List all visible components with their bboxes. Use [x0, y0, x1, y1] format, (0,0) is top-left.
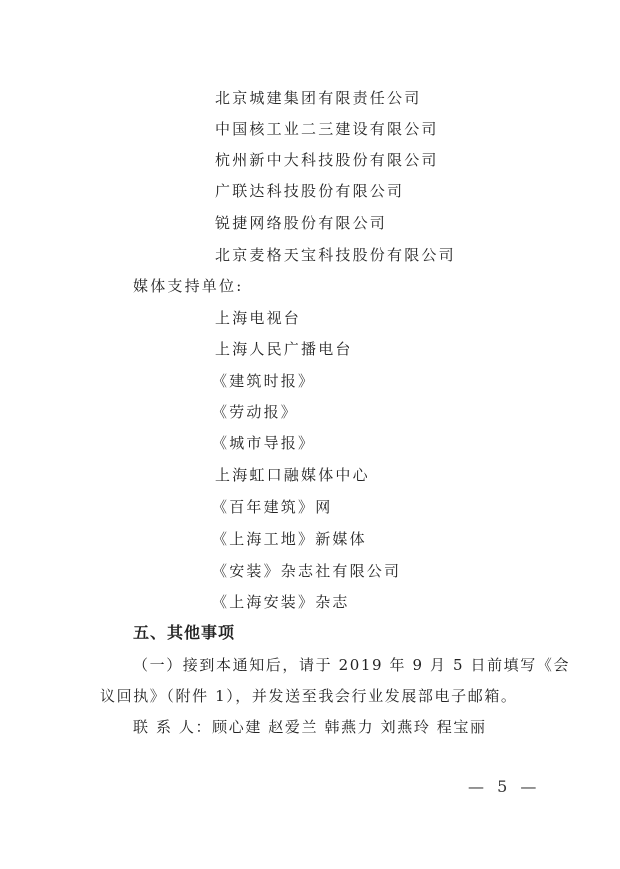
- media-item: 《建筑时报》: [212, 371, 315, 391]
- sponsor-item: 中国核工业二三建设有限公司: [215, 119, 439, 139]
- section-heading: 五、其他事项: [133, 623, 235, 643]
- media-item: 《安装》杂志社有限公司: [212, 561, 401, 581]
- media-item: 《上海工地》新媒体: [212, 529, 367, 549]
- sponsor-item: 杭州新中大科技股份有限公司: [215, 150, 439, 170]
- page-number: — 5 —: [468, 777, 540, 796]
- paragraph-line: 议回执》（附件 1），并发送至我会行业发展部电子邮箱。: [100, 686, 518, 706]
- media-support-heading: 媒体支持单位:: [133, 276, 243, 296]
- paragraph-line: （一）接到本通知后，请于 2019 年 9 月 5 日前填写《会: [133, 655, 570, 675]
- media-item: 上海人民广播电台: [215, 339, 353, 359]
- sponsor-item: 锐捷网络股份有限公司: [215, 213, 387, 233]
- contacts-line: 联 系 人：顾心建 赵爱兰 韩燕力 刘燕玲 程宝丽: [133, 717, 487, 737]
- media-item: 《百年建筑》网: [212, 497, 332, 517]
- media-item: 《城市导报》: [212, 433, 315, 453]
- media-item: 上海电视台: [215, 308, 301, 328]
- media-item: 《上海安装》杂志: [212, 592, 350, 612]
- media-item: 上海虹口融媒体中心: [215, 465, 370, 485]
- sponsor-item: 北京城建集团有限责任公司: [215, 88, 421, 108]
- sponsor-item: 广联达科技股份有限公司: [215, 181, 404, 201]
- sponsor-item: 北京麦格天宝科技股份有限公司: [215, 245, 456, 265]
- media-item: 《劳动报》: [212, 402, 298, 422]
